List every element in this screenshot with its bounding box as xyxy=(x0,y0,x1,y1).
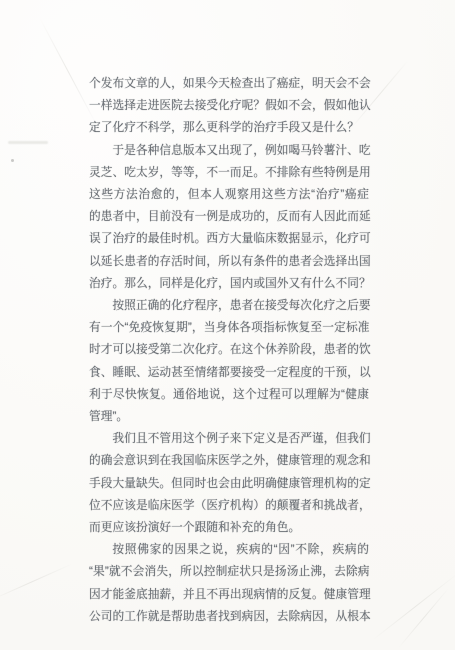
text-line: 按照佛家的因果之说，疾病的“因”不除，疾病的 xyxy=(89,539,369,561)
text-line: 定了化疗不科学，那么更科学的治疗手段又是什么？ xyxy=(89,117,369,139)
text-line: 误了治疗的最佳时机。西方大量临床数据显示，化疗可 xyxy=(89,228,369,250)
text-line: 按照正确的化疗程序，患者在接受每次化疗之后要 xyxy=(89,295,369,317)
text-line: 利于尽快恢复。通俗地说，这个过程可以理解为“健康 xyxy=(89,384,369,406)
text-line: 一样选择走进医院去接受化疗呢？假如不会，假如他认 xyxy=(89,95,369,117)
text-line: 个发布文章的人，如果今天检查出了癌症，明天会不会 xyxy=(89,73,369,95)
text-line: 的患者中，目前没有一例是成功的，反而有人因此而延 xyxy=(89,206,369,228)
text-line: “果”就不会消失，所以控制症状只是扬汤止沸，去除病 xyxy=(89,561,369,583)
paper-crease xyxy=(372,572,455,641)
text-line: 手段大量缺失。但同时也会由此明确健康管理机构的定 xyxy=(89,473,369,495)
paper-crease xyxy=(0,563,72,601)
text-line: 的确会意识到在我国临床医学之外，健康管理的观念和 xyxy=(89,450,369,472)
text-line: 而更应该扮演好一个跟随和补充的角色。 xyxy=(89,517,369,539)
paper-crease xyxy=(398,587,450,649)
text-line: 我们且不管用这个例子来下定义是否严谨，但我们 xyxy=(89,428,369,450)
text-line: 有一个“免疫恢复期”，当身体各项指标恢复至一定标准 xyxy=(89,317,369,339)
text-line: 灵芝、吃太岁，等等，不一而足。不排除有些特例是用 xyxy=(89,162,369,184)
page-text: 个发布文章的人，如果今天检查出了癌症，明天会不会一样选择走进医院去接受化疗呢？假… xyxy=(89,73,369,628)
paper-speck xyxy=(11,159,14,162)
text-line: 于是各种信息版本又出现了，例如喝马铃薯汁、吃 xyxy=(89,140,369,162)
text-line: 位不应该是临床医学（医疗机构）的颠覆者和挑战者， xyxy=(89,495,369,517)
text-line: 治疗。那么，同样是化疗，国内或国外又有什么不同？ xyxy=(89,273,369,295)
text-line: 以延长患者的存活时间，所以有条件的患者会选择出国 xyxy=(89,251,369,273)
text-line: 管理”。 xyxy=(89,406,369,428)
text-line: 这些方法治愈的，但本人观察用这些方法“治疗”癌症 xyxy=(89,184,369,206)
text-line: 公司的工作就是帮助患者找到病因，去除病因，从根本 xyxy=(89,606,369,628)
book-page: 个发布文章的人，如果今天检查出了癌症，明天会不会一样选择走进医院去接受化疗呢？假… xyxy=(0,0,455,650)
paper-smudge xyxy=(8,141,48,144)
text-line: 时才可以接受第二次化疗。在这个休养阶段，患者的饮 xyxy=(89,339,369,361)
text-line: 食、睡眠、运动甚至情绪都要接受一定程度的干预，以 xyxy=(89,362,369,384)
text-line: 因才能釜底抽薪，并且不再出现病情的反复。健康管理 xyxy=(89,584,369,606)
